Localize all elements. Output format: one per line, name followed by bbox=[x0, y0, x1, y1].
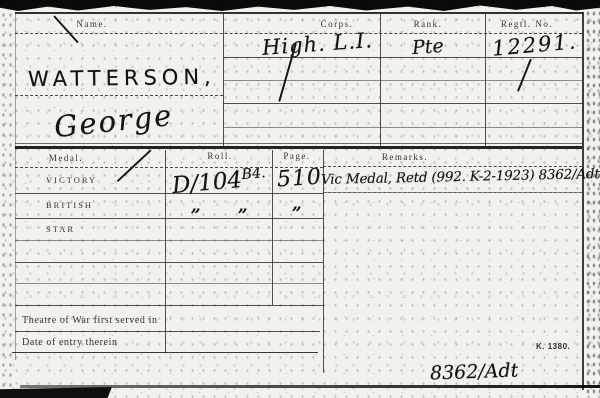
pen-stroke-mark bbox=[53, 15, 79, 43]
card-left-border bbox=[15, 12, 16, 360]
victory-roll-annex: B4. bbox=[241, 165, 266, 183]
remarks-column-header: Remarks. bbox=[382, 152, 428, 162]
ruled-line bbox=[15, 283, 323, 284]
ruled-line bbox=[15, 262, 323, 263]
scan-bottom-left-artifact bbox=[0, 387, 112, 398]
medal-index-card-scan: Name. Corps. Rank. Regtl. No. WATTERSON,… bbox=[0, 0, 600, 398]
column-rule bbox=[165, 150, 166, 353]
scan-top-edge-artifact bbox=[0, 0, 600, 11]
surname-entry: WATTERSON, bbox=[28, 65, 216, 92]
name-ruled-line bbox=[15, 95, 223, 96]
bottom-annotation-entry: 8362/Adt bbox=[430, 359, 519, 384]
british-roll-ditto-mark: „ bbox=[238, 196, 248, 216]
rank-entry: Pte bbox=[411, 35, 444, 59]
column-rule bbox=[272, 150, 273, 305]
ruled-line bbox=[223, 127, 582, 128]
star-medal-label: Star bbox=[46, 224, 75, 234]
victory-roll-number: D/104 bbox=[171, 167, 243, 199]
roll-column-header: Roll. bbox=[207, 151, 232, 161]
ruled-line bbox=[223, 80, 582, 81]
pen-stroke-mark bbox=[117, 149, 152, 182]
regtl-no-entry: 12291. bbox=[491, 29, 578, 60]
forename-entry: George bbox=[53, 98, 175, 144]
pen-stroke-mark bbox=[517, 59, 532, 92]
british-roll-ditto-mark: „ bbox=[191, 196, 201, 216]
ruled-line bbox=[12, 352, 318, 353]
card-top-border bbox=[15, 12, 583, 14]
scan-right-edge-artifact bbox=[585, 0, 600, 398]
corps-column-header: Corps. bbox=[321, 19, 354, 29]
ruled-line bbox=[15, 218, 323, 219]
section-divider-thin bbox=[15, 143, 582, 144]
regtl-no-column-header: Regtl. No. bbox=[501, 19, 553, 29]
remarks-ruled-line bbox=[323, 192, 582, 193]
victory-page-entry: 510 bbox=[276, 164, 323, 192]
medal-column-header: Medal. bbox=[49, 153, 83, 163]
ruled-line bbox=[15, 193, 323, 194]
name-column-header: Name. bbox=[76, 19, 107, 29]
remarks-entry: Vic Medal, Retd (992. K-2-1923) 8362/Adt bbox=[321, 166, 600, 188]
ruled-line bbox=[15, 240, 323, 241]
theatre-of-war-label: Theatre of War first served in bbox=[22, 315, 158, 326]
scan-left-edge-artifact bbox=[0, 10, 13, 398]
rank-column-header: Rank. bbox=[414, 19, 443, 29]
victory-medal-label: Victory bbox=[46, 175, 97, 185]
ruled-line bbox=[223, 103, 582, 104]
british-medal-label: British bbox=[46, 200, 93, 210]
page-column-header: Page. bbox=[283, 151, 310, 161]
british-page-ditto-mark: „ bbox=[292, 194, 302, 214]
ruled-line bbox=[15, 305, 323, 306]
card-right-border bbox=[582, 12, 584, 390]
date-of-entry-label: Date of entry therein bbox=[22, 337, 118, 348]
form-number: K. 1380. bbox=[536, 342, 570, 351]
section-divider-thick bbox=[15, 146, 582, 149]
ruled-line bbox=[15, 331, 320, 332]
